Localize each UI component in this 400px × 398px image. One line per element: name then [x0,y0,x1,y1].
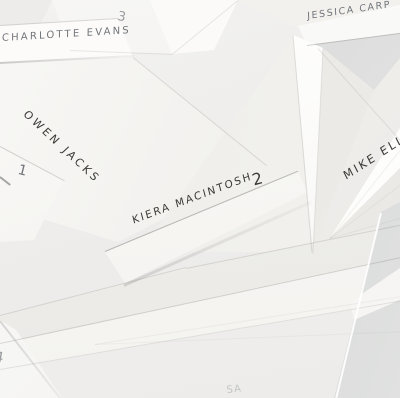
faint-pencil-text-bottom: SA [226,383,242,396]
paper-airplanes-photo: CHARLOTTE EVANS 3 JESSICA CARP OWEN JACK… [0,0,400,398]
